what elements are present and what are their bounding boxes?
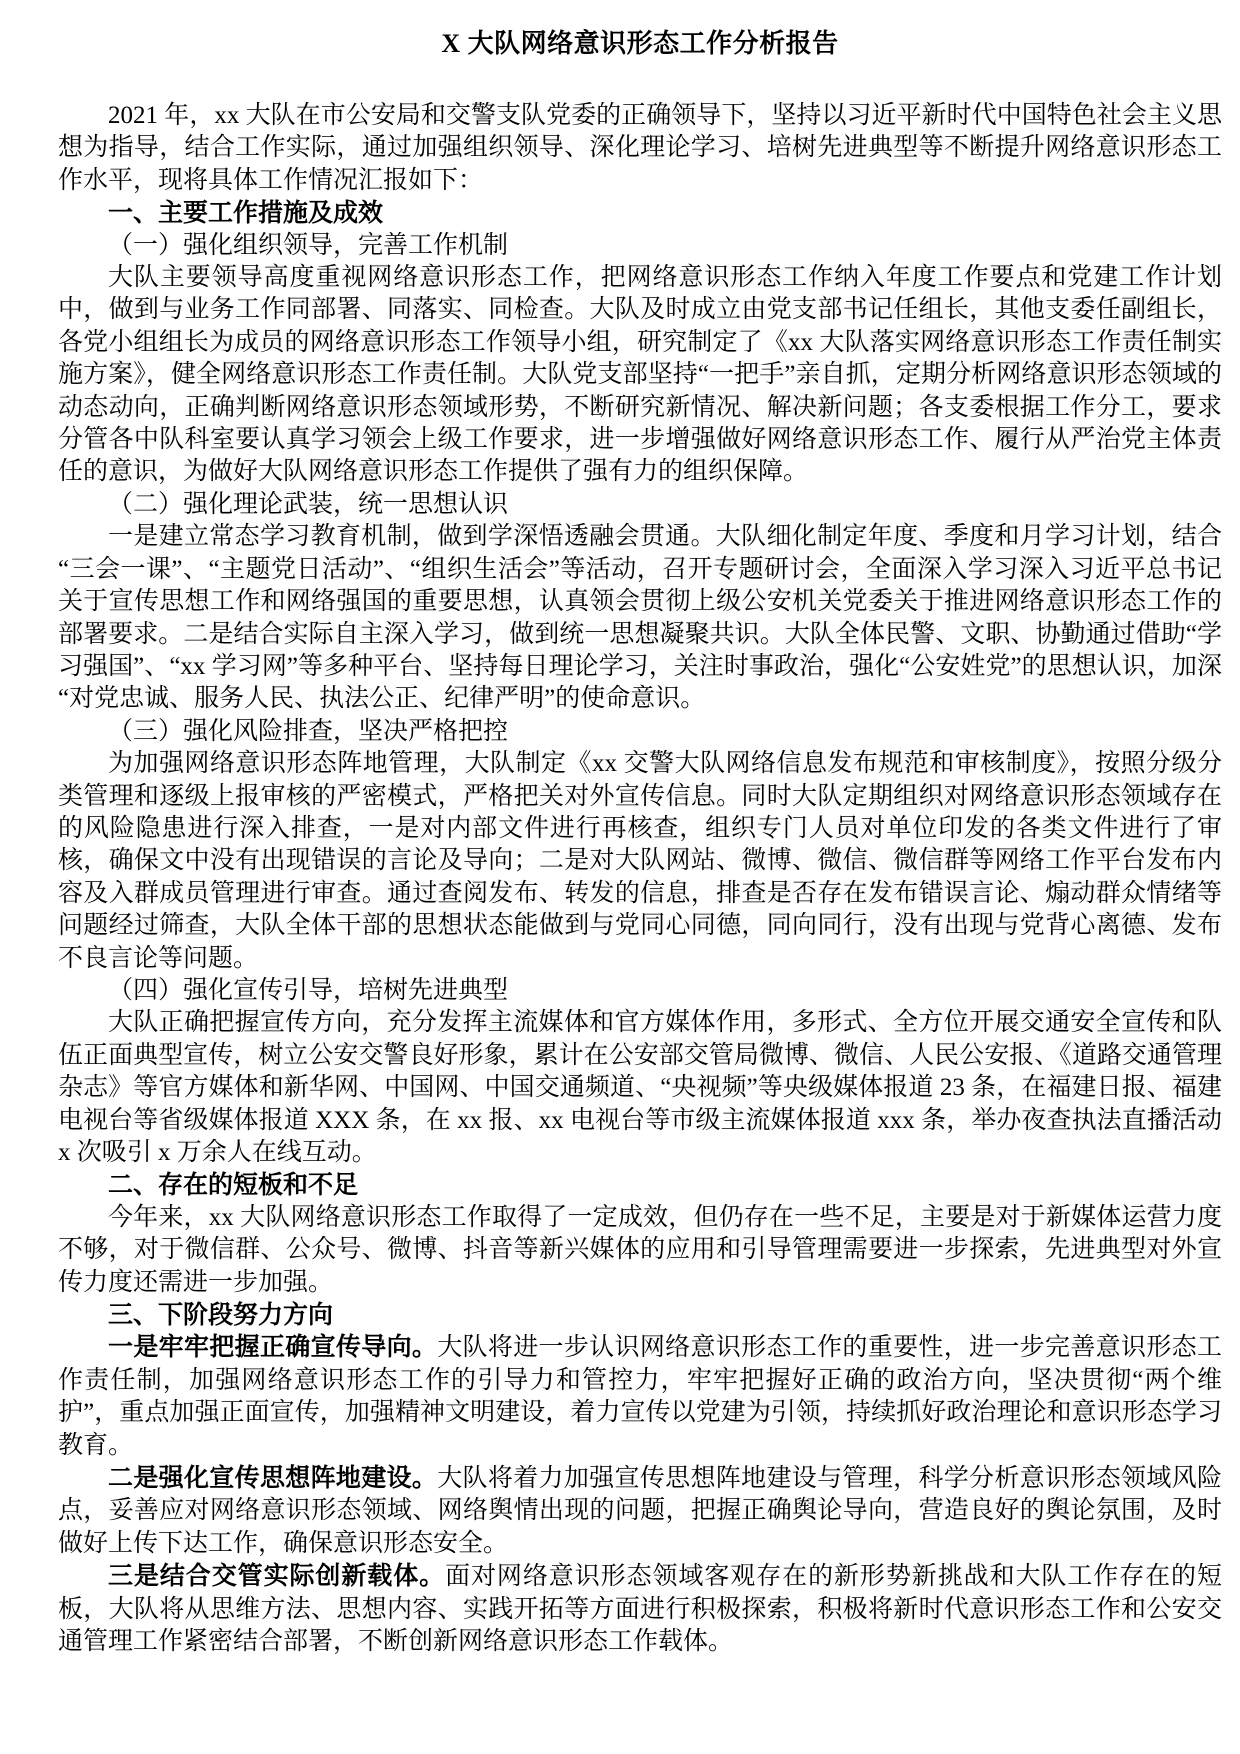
sub-heading: （三）强化风险排查，坚决严格把控 <box>58 716 1222 748</box>
section-heading: 一、主要工作措施及成效 <box>58 197 1222 229</box>
paragraph: 一是建立常态学习教育机制，做到学深悟透融会贯通。大队细化制定年度、季度和月学习计… <box>58 521 1222 715</box>
paragraph-lead: 三是结合交管实际创新载体。 <box>108 1562 445 1590</box>
document-title: X 大队网络意识形态工作分析报告 <box>58 24 1222 64</box>
sub-heading: （四）强化宣传引导，培树先进典型 <box>58 975 1222 1007</box>
paragraph: 一是牢牢把握正确宣传导向。大队将进一步认识网络意识形态工作的重要性，进一步完善意… <box>58 1331 1222 1462</box>
sub-heading: （一）强化组织领导，完善工作机制 <box>58 230 1222 262</box>
paragraph: 三是结合交管实际创新载体。面对网络意识形态领域客观存在的新形势新挑战和大队工作存… <box>58 1560 1222 1658</box>
section-heading: 二、存在的短板和不足 <box>58 1169 1222 1201</box>
document-body: 2021 年，xx 大队在市公安局和交警支队党委的正确领导下，坚持以习近平新时代… <box>58 100 1222 1659</box>
sub-heading: （二）强化理论武装，统一思想认识 <box>58 489 1222 521</box>
paragraph-lead: 二是强化宣传思想阵地建设。 <box>108 1464 437 1492</box>
paragraph: 今年来，xx 大队网络意识形态工作取得了一定成效，但仍存在一些不足，主要是对于新… <box>58 1202 1222 1299</box>
document-page: X 大队网络意识形态工作分析报告 2021 年，xx 大队在市公安局和交警支队党… <box>0 0 1240 1754</box>
paragraph: 为加强网络意识形态阵地管理，大队制定《xx 交警大队网络信息发布规范和审核制度》… <box>58 748 1222 975</box>
paragraph: 二是强化宣传思想阵地建设。大队将着力加强宣传思想阵地建设与管理，科学分析意识形态… <box>58 1462 1222 1560</box>
paragraph: 大队主要领导高度重视网络意识形态工作，把网络意识形态工作纳入年度工作要点和党建工… <box>58 262 1222 489</box>
paragraph-lead: 一是牢牢把握正确宣传导向。 <box>108 1333 437 1361</box>
section-heading: 三、下阶段努力方向 <box>58 1299 1222 1331</box>
paragraph: 2021 年，xx 大队在市公安局和交警支队党委的正确领导下，坚持以习近平新时代… <box>58 100 1222 197</box>
paragraph: 大队正确把握宣传方向，充分发挥主流媒体和官方媒体作用，多形式、全方位开展交通安全… <box>58 1007 1222 1169</box>
